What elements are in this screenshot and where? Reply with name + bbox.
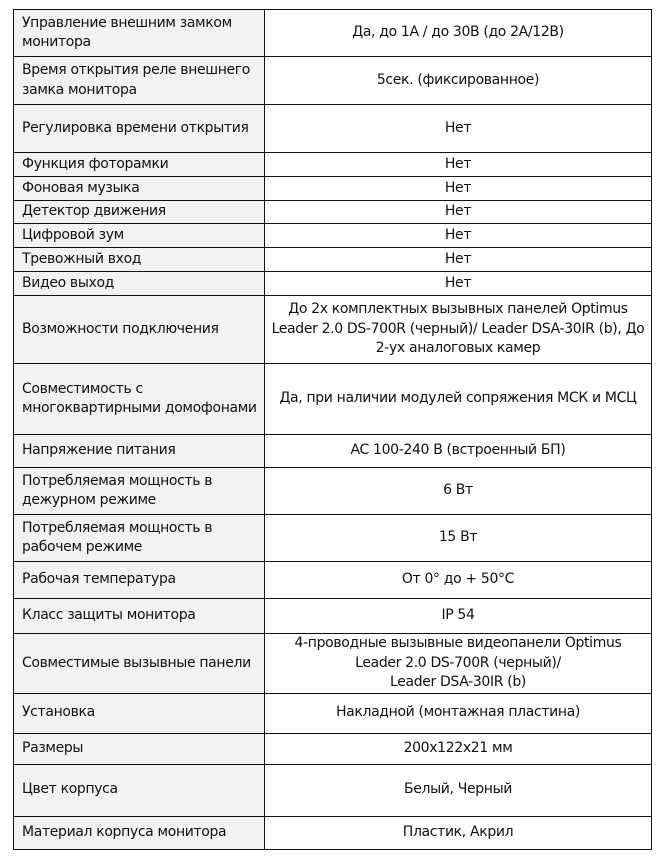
row-value: 200x122x21 мм xyxy=(265,733,652,764)
table-row: Размеры200x122x21 мм xyxy=(14,733,652,764)
row-label: Напряжение питания xyxy=(14,435,265,468)
row-value: Нет xyxy=(265,248,652,272)
row-value: Нет xyxy=(265,201,652,224)
row-label: Тревожный вход xyxy=(14,248,265,272)
row-value: Накладной (монтажная пластина) xyxy=(265,693,652,733)
row-value: До 2х комплектных вызывных панелей Optim… xyxy=(265,296,652,364)
row-value: Пластик, Акрил xyxy=(265,816,652,849)
row-label: Класс защиты монитора xyxy=(14,599,265,634)
row-label: Совместимые вызывные панели xyxy=(14,634,265,694)
row-label: Время открытия реле внешнего замка монит… xyxy=(14,57,265,105)
table-row: Цифровой зумНет xyxy=(14,224,652,248)
table-row: Класс защиты монитораIP 54 xyxy=(14,599,652,634)
row-value: 5сек. (фиксированное) xyxy=(265,57,652,105)
table-row: УстановкаНакладной (монтажная пластина) xyxy=(14,693,652,733)
row-value: AC 100-240 В (встроенный БП) xyxy=(265,435,652,468)
row-value: 6 Вт xyxy=(265,468,652,515)
row-label: Цифровой зум xyxy=(14,224,265,248)
table-row: Возможности подключенияДо 2х комплектных… xyxy=(14,296,652,364)
row-label: Совместимость с многоквартирными домофон… xyxy=(14,364,265,435)
row-value: Белый, Черный xyxy=(265,764,652,816)
row-value: Да, при наличии модулей сопряжения МСК и… xyxy=(265,364,652,435)
row-value: Нет xyxy=(265,153,652,177)
table-row: Напряжение питанияAC 100-240 В (встроенн… xyxy=(14,435,652,468)
row-label: Установка xyxy=(14,693,265,733)
table-row: Видео выходНет xyxy=(14,272,652,296)
row-label: Функция фоторамки xyxy=(14,153,265,177)
row-label: Детектор движения xyxy=(14,201,265,224)
table-row: Рабочая температураОт 0° до + 50°С xyxy=(14,562,652,599)
row-label: Размеры xyxy=(14,733,265,764)
table-row: Совместимые вызывные панели4-проводные в… xyxy=(14,634,652,694)
table-row: Управление внешним замком монитораДа, до… xyxy=(14,10,652,57)
table-row: Цвет корпусаБелый, Черный xyxy=(14,764,652,816)
row-label: Видео выход xyxy=(14,272,265,296)
row-label: Управление внешним замком монитора xyxy=(14,10,265,57)
table-row: Время открытия реле внешнего замка монит… xyxy=(14,57,652,105)
row-label: Рабочая температура xyxy=(14,562,265,599)
row-value: Да, до 1А / до 30В (до 2А/12В) xyxy=(265,10,652,57)
table-row: Функция фоторамкиНет xyxy=(14,153,652,177)
table-row: Потребляемая мощность в дежурном режиме6… xyxy=(14,468,652,515)
table-row: Детектор движенияНет xyxy=(14,201,652,224)
table-row: Материал корпуса монитораПластик, Акрил xyxy=(14,816,652,849)
row-label: Материал корпуса монитора xyxy=(14,816,265,849)
row-value: Нет xyxy=(265,224,652,248)
row-label: Регулировка времени открытия xyxy=(14,105,265,153)
row-label: Возможности подключения xyxy=(14,296,265,364)
spec-table: Управление внешним замком монитораДа, до… xyxy=(13,9,652,850)
table-row: Совместимость с многоквартирными домофон… xyxy=(14,364,652,435)
row-value: Нет xyxy=(265,177,652,201)
row-value: 4-проводные вызывные видеопанели Optimus… xyxy=(265,634,652,694)
row-value: Нет xyxy=(265,272,652,296)
row-value: Нет xyxy=(265,105,652,153)
table-row: Потребляемая мощность в рабочем режиме15… xyxy=(14,515,652,562)
table-row: Регулировка времени открытияНет xyxy=(14,105,652,153)
row-label: Потребляемая мощность в дежурном режиме xyxy=(14,468,265,515)
row-label: Цвет корпуса xyxy=(14,764,265,816)
row-value: 15 Вт xyxy=(265,515,652,562)
table-row: Фоновая музыкаНет xyxy=(14,177,652,201)
row-value: IP 54 xyxy=(265,599,652,634)
row-label: Фоновая музыка xyxy=(14,177,265,201)
row-value: От 0° до + 50°С xyxy=(265,562,652,599)
row-label: Потребляемая мощность в рабочем режиме xyxy=(14,515,265,562)
table-row: Тревожный входНет xyxy=(14,248,652,272)
